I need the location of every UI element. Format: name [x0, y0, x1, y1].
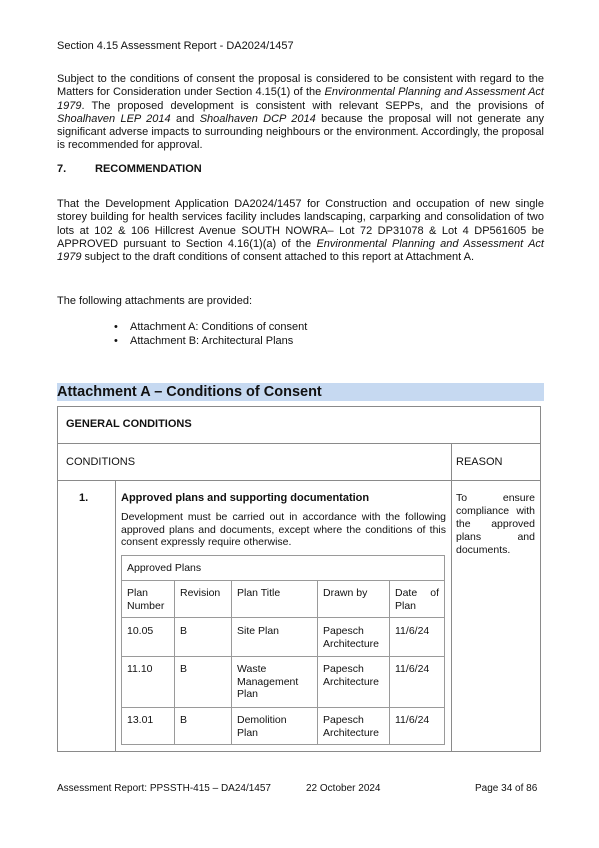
plan-date: 11/6/24: [395, 714, 429, 727]
plan-drawn-by: Papesch Architecture: [323, 714, 387, 739]
footer-report-id: Assessment Report: PPSSTH-415 – DA24/145…: [57, 783, 271, 794]
inner-border: [121, 617, 445, 618]
intro-paragraph: Subject to the conditions of consent the…: [57, 73, 544, 153]
column-header: Drawn by: [323, 587, 367, 600]
inner-border: [121, 555, 122, 745]
attachment-list-item: •Attachment B: Architectural Plans: [130, 335, 293, 347]
inner-border: [174, 580, 175, 745]
column-header-reason: REASON: [456, 456, 502, 469]
column-header: Plan Title: [237, 587, 280, 600]
table-border: [540, 406, 541, 752]
plan-title: Demolition Plan: [237, 714, 307, 739]
attachment-list-item: •Attachment A: Conditions of consent: [130, 321, 307, 333]
table-border: [57, 480, 541, 481]
inner-border: [121, 744, 445, 745]
section-heading: 7.RECOMMENDATION: [57, 163, 202, 175]
column-header: Date of Plan: [395, 587, 439, 612]
table-border: [57, 406, 541, 407]
inner-border: [121, 707, 445, 708]
table-border: [57, 443, 541, 444]
approved-plans-caption: Approved Plans: [127, 562, 201, 575]
plan-date: 11/6/24: [395, 663, 429, 676]
attachments-intro: The following attachments are provided:: [57, 295, 252, 307]
condition-number: 1.: [79, 492, 88, 505]
bullet-icon: •: [114, 335, 118, 347]
inner-border: [444, 555, 445, 745]
footer-date: 22 October 2024: [306, 783, 381, 794]
inner-border: [231, 580, 232, 745]
recommendation-paragraph: That the Development Application DA2024/…: [57, 198, 544, 264]
inner-border: [121, 555, 445, 556]
plan-number: 13.01: [127, 714, 153, 727]
footer-page-number: Page 34 of 86: [475, 783, 537, 794]
plan-title: Site Plan: [237, 625, 313, 638]
table-border: [451, 443, 452, 752]
plan-revision: B: [180, 663, 187, 676]
plan-number: 11.10: [127, 663, 153, 676]
condition-body: Development must be carried out in accor…: [121, 511, 446, 549]
condition-title: Approved plans and supporting documentat…: [121, 492, 369, 505]
plan-title: Waste Management Plan: [237, 663, 313, 701]
document-header: Section 4.15 Assessment Report - DA2024/…: [57, 40, 294, 52]
column-header: Plan Number: [127, 587, 171, 612]
table-border: [57, 751, 541, 752]
plan-revision: B: [180, 625, 187, 638]
inner-border: [389, 580, 390, 745]
table-border: [57, 406, 58, 752]
plan-number: 10.05: [127, 625, 153, 638]
inner-border: [121, 656, 445, 657]
inner-border: [121, 580, 445, 581]
column-header: Revision: [180, 587, 220, 600]
plan-revision: B: [180, 714, 187, 727]
table-border: [115, 480, 116, 752]
inner-border: [317, 580, 318, 745]
condition-reason: To ensure compliance with the approved p…: [456, 492, 535, 557]
bullet-icon: •: [114, 321, 118, 333]
general-conditions-label: GENERAL CONDITIONS: [66, 418, 192, 431]
column-header-conditions: CONDITIONS: [66, 456, 135, 469]
attachment-heading: Attachment A – Conditions of Consent: [57, 383, 544, 401]
plan-drawn-by: Papesch Architecture: [323, 625, 387, 650]
plan-date: 11/6/24: [395, 625, 429, 638]
plan-drawn-by: Papesch Architecture: [323, 663, 387, 688]
